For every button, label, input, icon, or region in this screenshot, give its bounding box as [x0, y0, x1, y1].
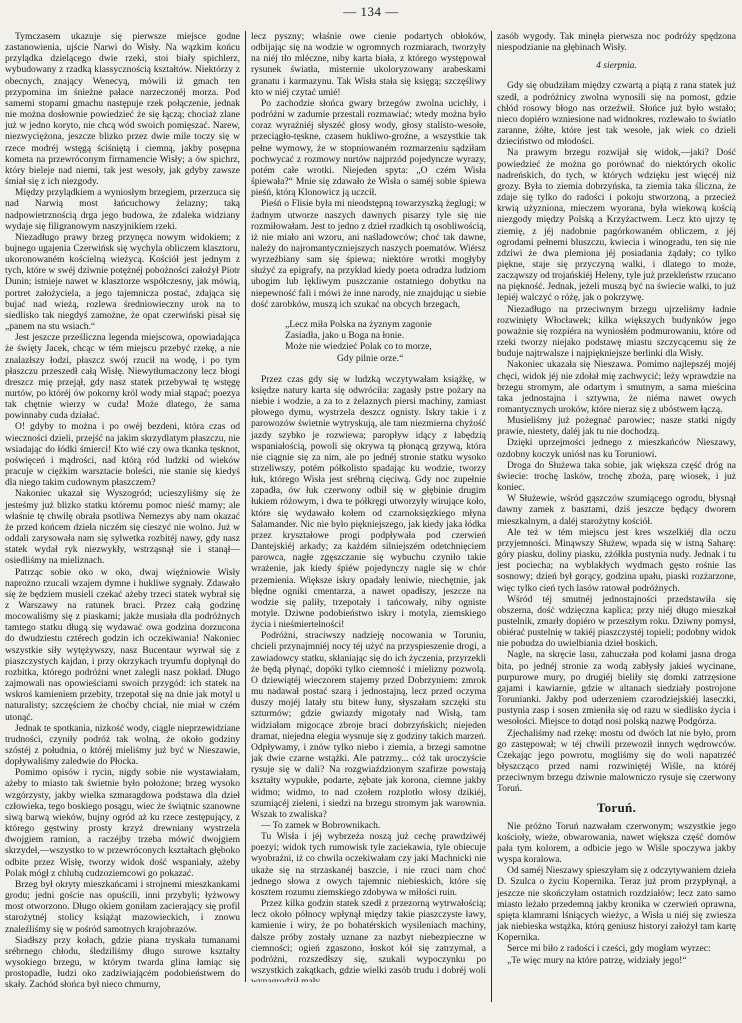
- paragraph: Od saméj Nieszawy spieszyłam się z odczy…: [497, 865, 736, 943]
- paragraph: Pomimo opisów i rycin, nigdy sobie nie w…: [5, 767, 240, 879]
- poem-line: „Lecz miła Polska na żyznym zagonie: [285, 319, 486, 330]
- paragraph: Przez czas gdy się w ludzką wczytywałam …: [251, 374, 486, 631]
- poem-line: Gdy pilnie orze.“: [285, 353, 486, 364]
- paragraph: zasób wygody. Tak minęła pierwsza noc po…: [497, 31, 736, 53]
- paragraph: lecz pyszny; właśnie owe cienie podartyc…: [251, 31, 486, 98]
- poem-quote: „Lecz miła Polska na żyznym zagonie Zasi…: [285, 319, 486, 364]
- newspaper-page: — 134 — Tymczasem ukazuje się pierwsze m…: [0, 0, 742, 1023]
- paragraph: Zjechaliśmy nad rzekę: mostu od dwóch la…: [497, 728, 736, 795]
- paragraph: Droga do Służewa taka sobie, jak większa…: [497, 460, 736, 493]
- paragraph: Podróżni, straciwszy nadzieję nocowania …: [251, 630, 486, 820]
- paragraph: Gdy się obudziłam między czwartą a piątą…: [497, 80, 736, 147]
- paragraph: Pieśń o Flisie była mi nieodstępną towar…: [251, 198, 486, 310]
- paragraph: — To zamek w Bobrownikach.: [251, 820, 486, 831]
- poem-line: Może nie wiedzieć Polak co to morze,: [285, 341, 486, 352]
- paragraph: Niezadługo na przeciwnym brzegu ujrzeliś…: [497, 304, 736, 360]
- paragraph: Na prawym brzegu rozwijał się widok,—jak…: [497, 147, 736, 303]
- paragraph: Tymczasem ukazuje się pierwsze miejsce g…: [5, 31, 240, 187]
- page-number: — 134 —: [0, 4, 742, 20]
- section-heading: Toruń.: [497, 802, 736, 813]
- text-columns: Tymczasem ukazuje się pierwsze miejsce g…: [3, 31, 739, 1006]
- paragraph: Siadłszy przy kołach, gdzie piana tryska…: [5, 935, 240, 991]
- paragraph: Jest jeszcze prześliczna legenda miejsco…: [5, 332, 240, 421]
- paragraph: Nagle, na skręcie lasu, zahuczała pod ko…: [497, 649, 736, 727]
- paragraph: Musieliśmy już pożegnać parowiec; nasze …: [497, 415, 736, 437]
- paragraph: Wśród téj smutnéj jednostajności przedst…: [497, 594, 736, 650]
- paragraph: O! gdyby to można i po owéj bezdeni, któ…: [5, 421, 240, 488]
- closing-quote: „Te więc mury na które patrzę, widziały …: [497, 955, 736, 966]
- paragraph: Niezadługo prawy brzeg przynęca nowym wi…: [5, 232, 240, 332]
- column-3: zasób wygody. Tak minęła pierwsza noc po…: [491, 31, 739, 1002]
- paragraph: Brzeg był okryty mieszkańcami i strojnem…: [5, 879, 240, 935]
- paragraph: Nakoniec ukazał się Wyszogród; ucieszyli…: [5, 488, 240, 566]
- paragraph: Ale też w tém miejscu jest kres wszelkié…: [497, 527, 736, 594]
- paragraph: W Służewie, wśród gąszczów szumiącego og…: [497, 493, 736, 526]
- paragraph: Serce mi biło z radości i cześci, gdy mo…: [497, 943, 736, 954]
- paragraph: Dzięki uprzejmości jednego z mieszkańców…: [497, 437, 736, 459]
- paragraph: Między przylądkiem a wyniosłym brzegiem,…: [5, 187, 240, 232]
- paragraph: Patrząc sobie oko w oko, dwaj więźniowie…: [5, 567, 240, 723]
- paragraph: Tu Wisła i jéj wybrzeża noszą już cechę …: [251, 831, 486, 898]
- column-2: lecz pyszny; właśnie owe cienie podartyc…: [245, 31, 491, 982]
- poem-line: Zasiadła, jako u Boga na łonie.: [285, 330, 486, 341]
- paragraph: Po zachodzie słońca gwary brzegów zwolna…: [251, 98, 486, 198]
- paragraph: Przez kilka godzin statek szedł z przezo…: [251, 898, 486, 982]
- column-1: Tymczasem ukazuje się pierwsze miejsce g…: [3, 31, 245, 1006]
- paragraph: Jednak te spotkania, nizkość wody, ciągl…: [5, 723, 240, 768]
- date-heading: 4 sierpnia.: [497, 61, 736, 72]
- paragraph: Nakoniec ukazała się Nieszawa. Pomimo na…: [497, 359, 736, 415]
- paragraph: Nie próżno Toruń nazwałam czerwonym; wsz…: [497, 821, 736, 866]
